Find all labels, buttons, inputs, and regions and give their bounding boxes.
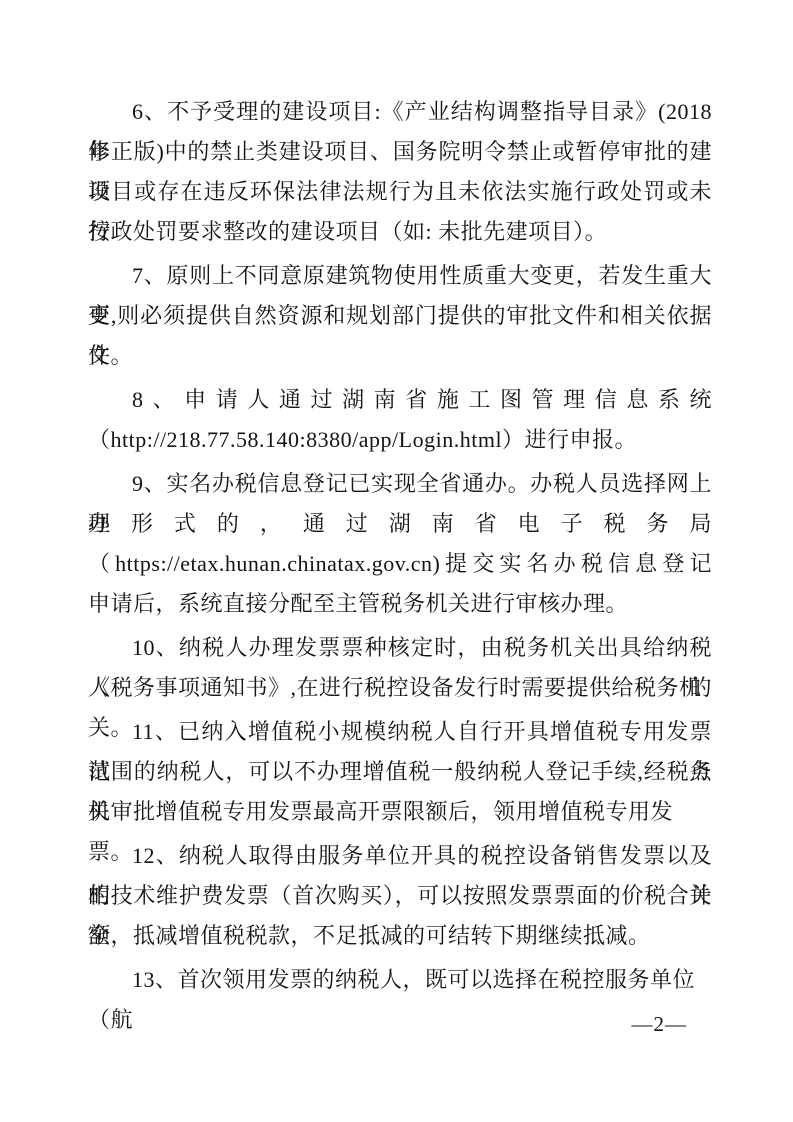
paragraph: 6、不予受理的建设项目:《产业结构调整指导目录》(2018 年修正版)中的禁止类…: [88, 92, 712, 252]
text-line: 项目或存在违反环保法律法规行为且未依法实施行政处罚或未按: [88, 172, 712, 212]
text-line: 的技术维护费发票（首次购买），可以按照发票票面的价税合计全: [88, 876, 712, 916]
text-line: 范围的纳税人，可以不办理增值税一般纳税人登记手续,经税务机: [88, 752, 712, 792]
page-number: —2—: [632, 1010, 688, 1038]
text-line: 关审批增值税专用发票最高开票限额后，领用增值税专用发票。: [88, 792, 712, 832]
text-line: 修正版)中的禁止类建设项目、国务院明令禁止或暂停审批的建设: [88, 132, 712, 172]
text-line: 6、不予受理的建设项目:《产业结构调整指导目录》(2018 年: [88, 92, 712, 132]
text-line: 《税务事项通知书》,在进行税控设备发行时需要提供给税务机关。: [88, 668, 712, 708]
paragraph: 8、申请人通过湖南省施工图管理信息系统（http://218.77.58.140…: [88, 380, 712, 460]
text-line: 10、纳税人办理发票票种核定时，由税务机关出具给纳税人的: [88, 628, 712, 668]
text-line: 件。: [88, 336, 712, 376]
text-line: 12、纳税人取得由服务单位开具的税控设备销售发票以及相关: [88, 836, 712, 876]
text-line: 理形式的，通过湖南省电子税务局: [88, 504, 712, 544]
paragraph: 11、已纳入增值税小规模纳税人自行开具增值税专用发票试点范围的纳税人，可以不办理…: [88, 712, 712, 832]
text-line: 额，抵减增值税税款，不足抵减的可结转下期继续抵减。: [88, 916, 712, 956]
text-line: 8、申请人通过湖南省施工图管理信息系统: [88, 380, 712, 420]
text-line: （https://etax.hunan.chinatax.gov.cn)提交实名…: [88, 544, 712, 584]
text-line: 更,则必须提供自然资源和规划部门提供的审批文件和相关依据文: [88, 296, 712, 336]
paragraph: 12、纳税人取得由服务单位开具的税控设备销售发票以及相关的技术维护费发票（首次购…: [88, 836, 712, 956]
document-page: 6、不予受理的建设项目:《产业结构调整指导目录》(2018 年修正版)中的禁止类…: [0, 0, 793, 1122]
text-line: 行政处罚要求整改的建设项目（如: 未批先建项目）。: [88, 212, 712, 252]
text-line: 7、原则上不同意原建筑物使用性质重大变更，若发生重大变: [88, 256, 712, 296]
text-line: 11、已纳入增值税小规模纳税人自行开具增值税专用发票试点: [88, 712, 712, 752]
text-line: 申请后，系统直接分配至主管税务机关进行审核办理。: [88, 584, 712, 624]
document-body: 6、不予受理的建设项目:《产业结构调整指导目录》(2018 年修正版)中的禁止类…: [88, 92, 712, 1000]
paragraph: 9、实名办税信息登记已实现全省通办。办税人员选择网上办理形式的，通过湖南省电子税…: [88, 464, 712, 624]
paragraph: 7、原则上不同意原建筑物使用性质重大变更，若发生重大变更,则必须提供自然资源和规…: [88, 256, 712, 376]
paragraph: 13、首次领用发票的纳税人，既可以选择在税控服务单位（航: [88, 960, 712, 1000]
text-line: 13、首次领用发票的纳税人，既可以选择在税控服务单位（航: [88, 960, 712, 1000]
paragraph: 10、纳税人办理发票票种核定时，由税务机关出具给纳税人的《税务事项通知书》,在进…: [88, 628, 712, 708]
text-line: （http://218.77.58.140:8380/app/Login.htm…: [88, 420, 712, 460]
text-line: 9、实名办税信息登记已实现全省通办。办税人员选择网上办: [88, 464, 712, 504]
